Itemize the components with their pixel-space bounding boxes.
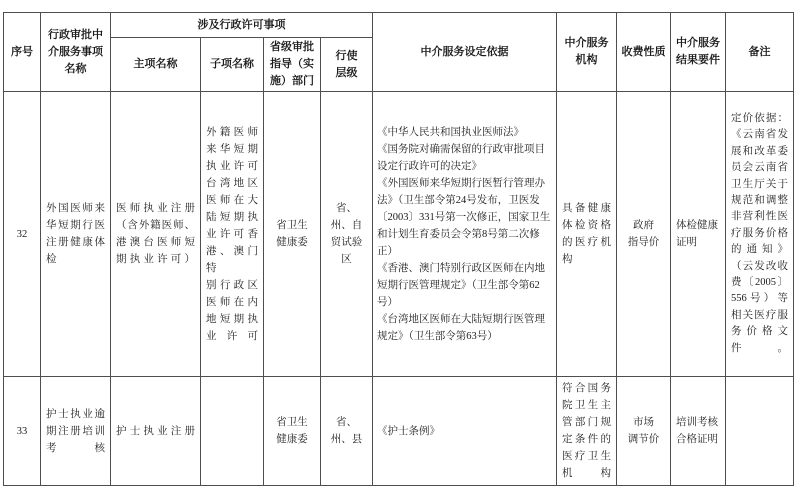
col-header-result: 中介服务 结果要件 xyxy=(671,13,726,92)
cell-sub-item xyxy=(201,377,264,486)
cell-basis: 《中华人民共和国执业医师法》 《国务院对确需保留的行政审批项目设定行政许可的决定… xyxy=(373,92,557,377)
cell-remark: 定价依据： 《云南省发展和改革委员会云南省卫生厅关于规范和调整非营利性医疗服务价… xyxy=(726,92,794,377)
cell-remark xyxy=(726,377,794,486)
cell-fee: 政府 指导价 xyxy=(617,92,671,377)
cell-level: 省、州、县 xyxy=(321,377,373,486)
col-header-fee: 收费性质 xyxy=(617,13,671,92)
col-header-level: 行使 层级 xyxy=(321,38,373,92)
cell-sub-item: 外籍医师 来华短期 执业许可 台湾地区 医师在大 陆短期执 业许可香 港、澳门特… xyxy=(201,92,264,377)
col-header-serial: 序号 xyxy=(4,13,41,92)
cell-item-name: 护士执业逾 期注册培训 考核 xyxy=(41,377,111,486)
cell-result: 体检健康 证明 xyxy=(671,92,726,377)
document-page: 序号 行政审批中 介服务事项 名称 涉及行政许可事项 中介服务设定依据 中介服务… xyxy=(0,0,800,493)
intermediary-services-table: 序号 行政审批中 介服务事项 名称 涉及行政许可事项 中介服务设定依据 中介服务… xyxy=(3,12,794,486)
cell-result: 培训考核 合格证明 xyxy=(671,377,726,486)
col-header-main-item: 主项名称 xyxy=(111,38,201,92)
cell-basis: 《护士条例》 xyxy=(373,377,557,486)
cell-main-item: 护士执业注册 xyxy=(111,377,201,486)
col-header-sub-item: 子项名称 xyxy=(201,38,264,92)
table-row-33: 33 护士执业逾 期注册培训 考核 护士执业注册 省卫生 健康委 省、州、县 《… xyxy=(4,377,794,486)
table-row-32: 32 外国医师来 华短期行医 注册健康体 检 医师执业注册 （含外籍医师、 港澳… xyxy=(4,92,794,377)
cell-level: 省、州、自 贸试验区 xyxy=(321,92,373,377)
col-header-agency: 中介服务 机构 xyxy=(557,13,617,92)
col-header-item-name: 行政审批中 介服务事项 名称 xyxy=(41,13,111,92)
cell-fee: 市场 调节价 xyxy=(617,377,671,486)
col-header-remark: 备注 xyxy=(726,13,794,92)
col-header-dept: 省级审批 指导（实 施）部门 xyxy=(264,38,321,92)
cell-dept: 省卫生 健康委 xyxy=(264,92,321,377)
cell-dept: 省卫生 健康委 xyxy=(264,377,321,486)
cell-serial: 32 xyxy=(4,92,41,377)
cell-agency: 具备健康 体检资格 的医疗机 构 xyxy=(557,92,617,377)
cell-item-name: 外国医师来 华短期行医 注册健康体 检 xyxy=(41,92,111,377)
cell-main-item: 医师执业注册 （含外籍医师、 港澳台医师短 期执业许可） xyxy=(111,92,201,377)
cell-agency: 符合国务 院卫生主 管部门规 定条件的 医疗卫生 机构 xyxy=(557,377,617,486)
col-header-basis: 中介服务设定依据 xyxy=(373,13,557,92)
col-header-licensing-group: 涉及行政许可事项 xyxy=(111,13,373,38)
cell-serial: 33 xyxy=(4,377,41,486)
header-row-1: 序号 行政审批中 介服务事项 名称 涉及行政许可事项 中介服务设定依据 中介服务… xyxy=(4,13,794,38)
